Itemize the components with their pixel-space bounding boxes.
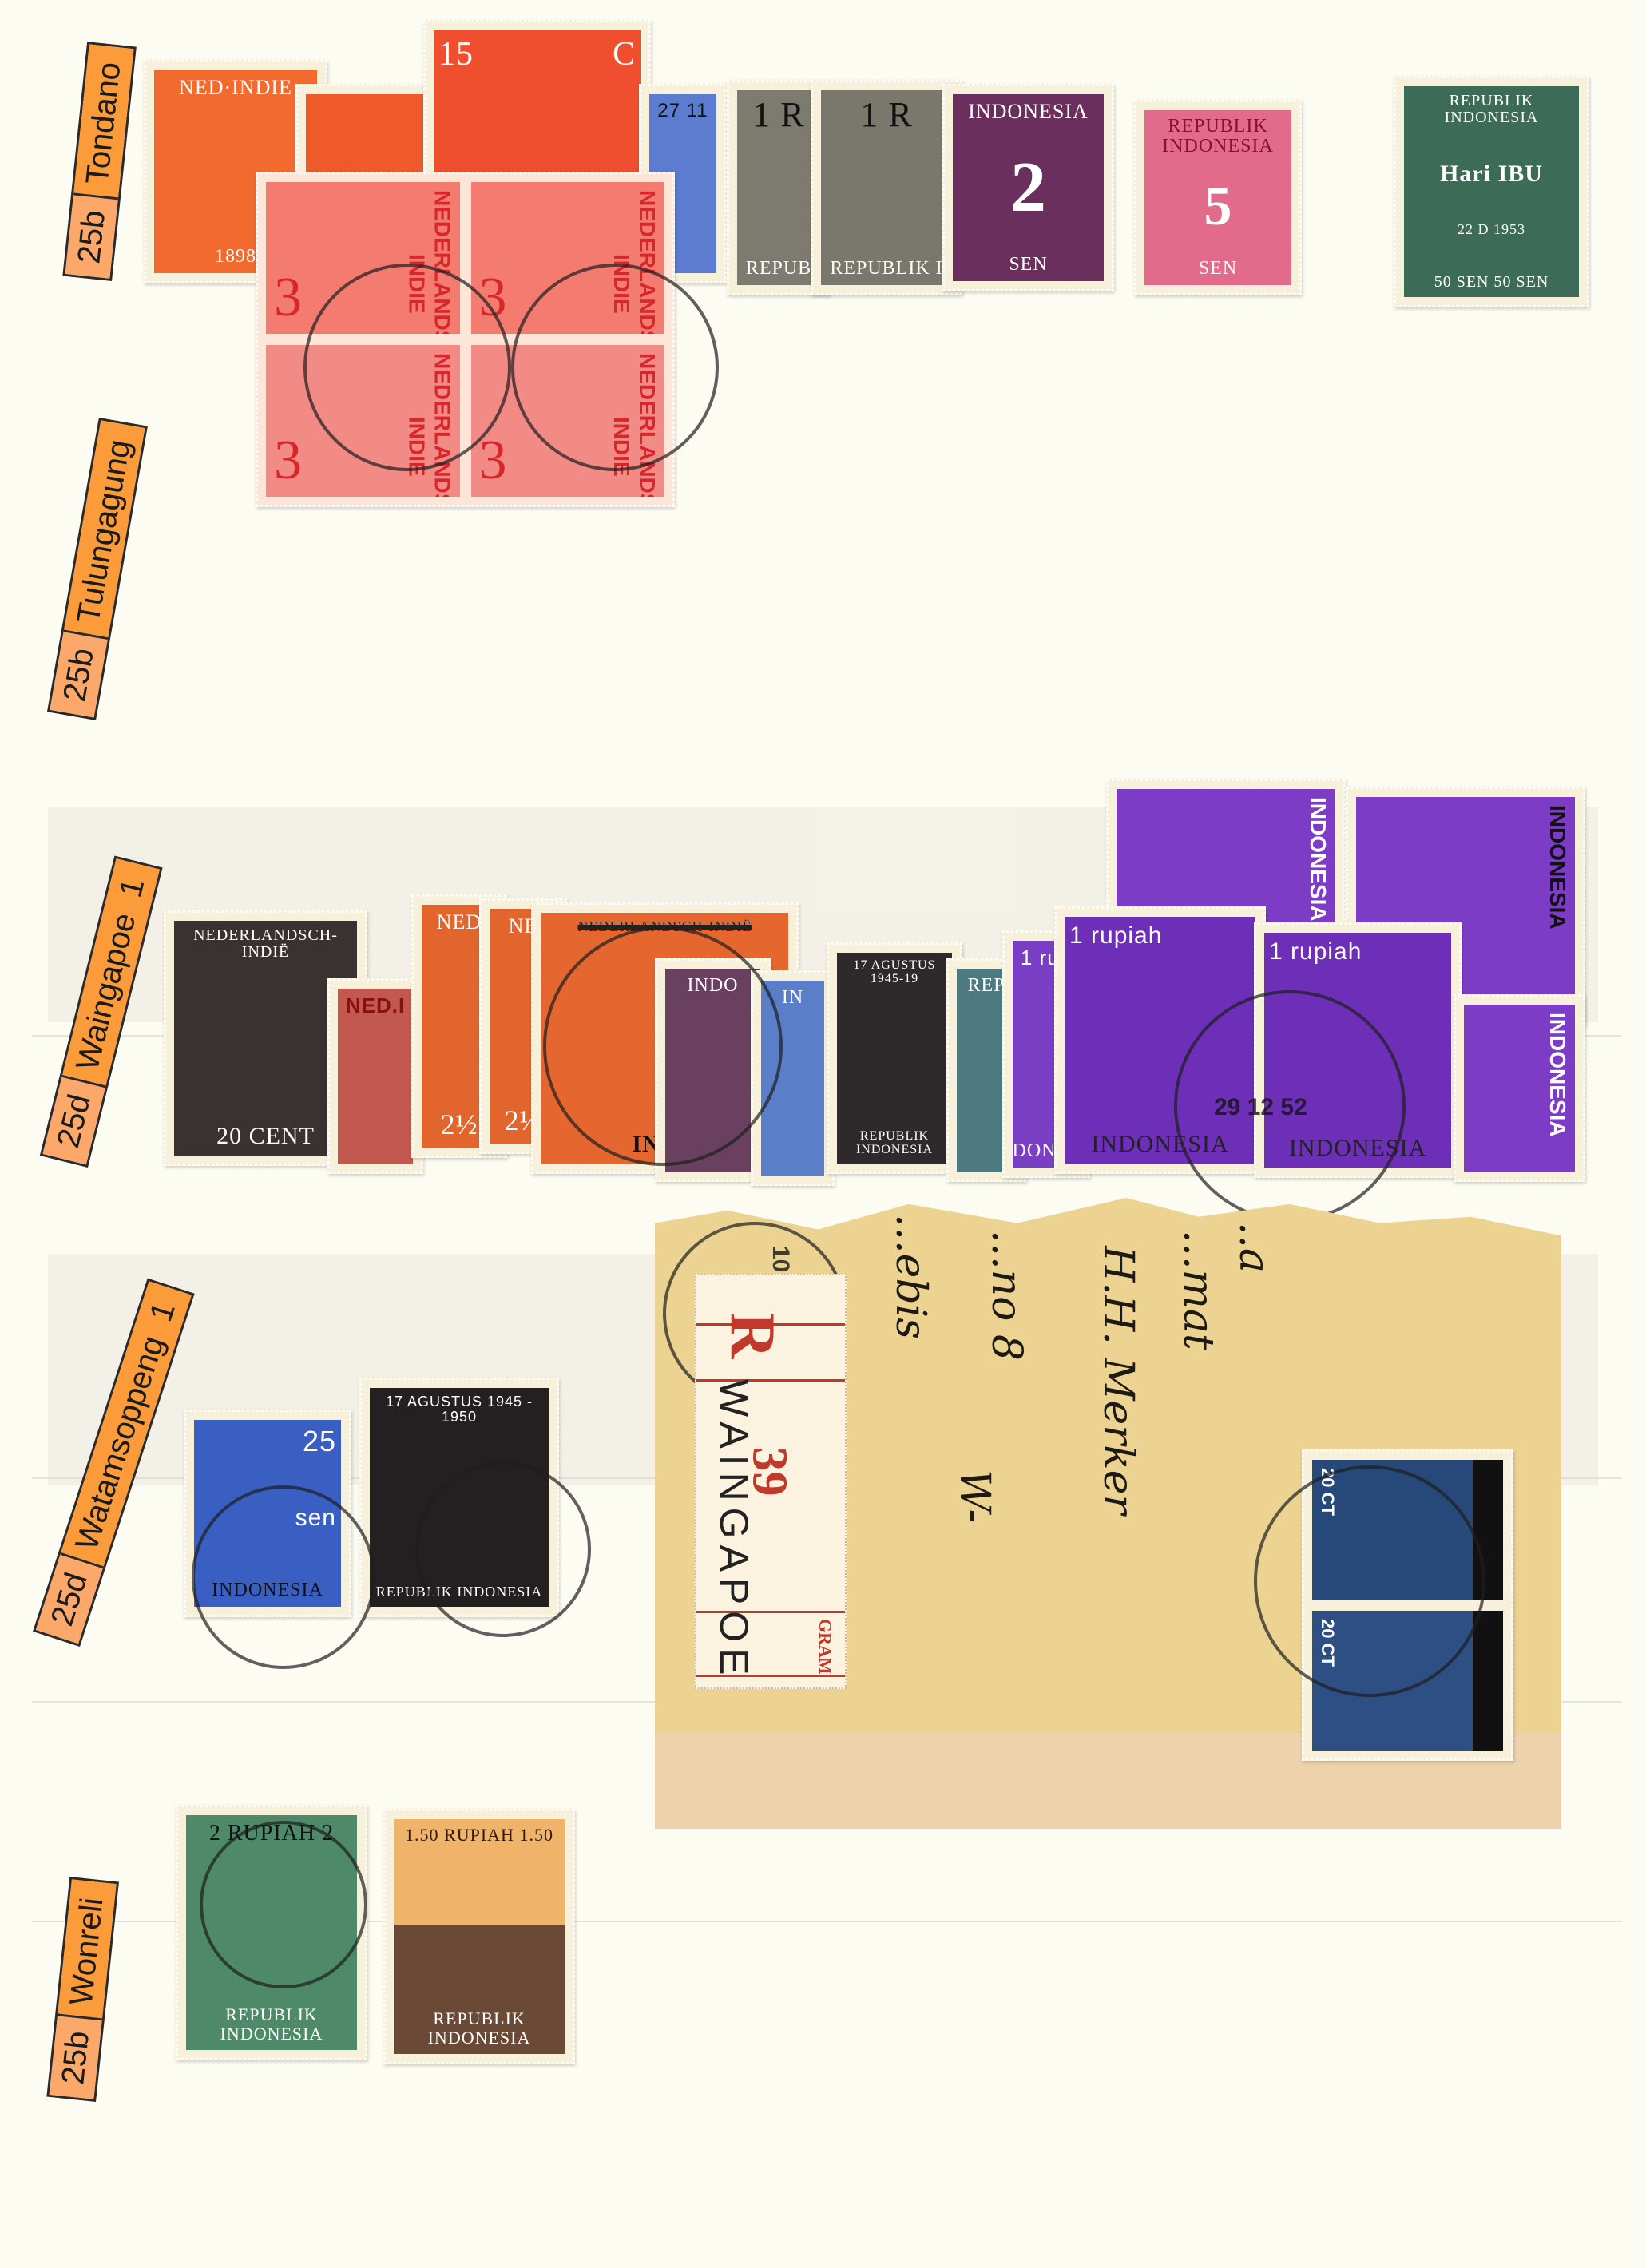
stamp: 17 AGUSTUS 1945 - 1950 REPUBLIK INDONESI… [359,1378,559,1617]
handwriting-line: W- [950,1469,998,1523]
handwriting-line: ...no 8 [982,1230,1030,1361]
label-tondano: 25b Tondano [62,42,137,281]
label-wonreli: 25b Wonreli [46,1877,119,2102]
stamp: 1 rupiahINDONESIA [1054,906,1266,1174]
label-code: 25b [65,193,118,279]
stamp-text: REPUBLIK I [830,258,942,279]
stamp-value: 2 RUPIAH 2 [209,1822,334,1845]
stamp-text: NEDERLANDSCH INDIE [404,190,455,334]
stamp: 15 C [423,20,651,188]
stamp-unit: sen [295,1505,336,1531]
stamp-text: INDONESIA [1545,805,1570,930]
label-code: 25b [50,2014,102,2099]
stamp-text: NEDERLANDSCH-INDIË [179,927,352,961]
overprint-bar [1473,1611,1503,1751]
stamp: REPUBLIK INDONESIA Hari IBU 22 D 1953 50… [1394,76,1589,307]
stamp-overprint: NEDERLANDSCH-INDIË [578,919,752,934]
stamp-pair: 20 CT 20 CT [1302,1449,1513,1761]
label-code: 25b [50,630,108,718]
stamp-text: 1 rupiah [1269,939,1362,965]
stamp-text: NEDERLANDSCH INDIE [404,353,455,497]
label-place: Wonreli [58,1880,116,2019]
stamp-value: 1 R [860,97,912,133]
handwriting-line: ..a [1230,1222,1278,1273]
stamp-text: NED [437,911,482,933]
stamp-text: 17 AGUSTUS 1945-19 [842,959,947,986]
stamp-text: REPUBLIK INDONESIA [1149,117,1287,157]
stamp-text: 27 11 [657,101,708,121]
stamp: REPUBLIK INDONESIA 5 SEN [1134,100,1302,295]
stamp-value: 3 [274,433,302,489]
stamp: NED.I [327,978,423,1174]
overprint-bar [1473,1460,1503,1600]
stamp-value: 3 [479,270,507,326]
stamp-value: 20 CENT [216,1123,315,1149]
stamp-text: 22 D 1953 [1458,222,1525,238]
handwriting-line: ...mat [1174,1230,1222,1350]
handwriting-line: H.H. Merker [1094,1246,1142,1514]
stamp-text: REPUBLIK INDONESIA [191,2005,352,2044]
stamp-text: 1 rupiah [1069,923,1162,949]
stamp-text: INDONESIA [212,1580,323,1600]
stamp-value: 1 R [752,97,804,133]
stamp-text: REPUB [746,258,811,279]
label-code: 25d [42,1075,105,1164]
stamp-text: NEDERLANDSCH INDIE [609,353,660,497]
registration-label: R 39 WAINGAPOE GRAM [695,1274,847,1689]
stamp-text: REPUBLIK INDONESIA [376,1584,543,1600]
stamp-text: NEDERLANDSCH INDIE [609,190,660,334]
stamp-text: NED·INDIE [179,77,292,98]
stamp-block: NEDERLANDSCH INDIE3 NEDERLANDSCH INDIE3 … [256,172,675,507]
stamp-text: REPUBLIK INDONESIA [842,1129,947,1157]
stamp-text: INDONESIA [1289,1135,1426,1161]
stamp: 25 sen INDONESIA [184,1410,351,1617]
stamp-text: 1898 [215,246,256,267]
stamp-text: INDONESIA [1305,797,1331,922]
stamp-text: INDONESIA [1091,1131,1228,1157]
stamp-value: 2 [1010,152,1046,224]
stamp: 2 RUPIAH 2 REPUBLIK INDONESIA [176,1805,367,2060]
stamp-text: INDONESIA [968,101,1089,122]
stamp: 1 R REPUBLIK I [811,80,962,295]
stamp-text: INDONESIA [1545,1013,1570,1137]
registration-letter: R [715,1313,787,1359]
registration-unit: GRAM [815,1619,835,1675]
label-code: 25d [36,1552,104,1644]
stamp: 1.50 RUPIAH 1.50 REPUBLIK INDONESIA [383,1809,575,2064]
stamp-value: 2½ [441,1109,478,1141]
stamp: 17 AGUSTUS 1945-19REPUBLIK INDONESIA [827,942,962,1174]
stamp: 1 rupiahINDONESIA [1254,922,1462,1178]
stamp-value: 5 [1204,179,1232,235]
stamp: INDONESIA [1454,994,1585,1182]
stamp-text: INDO [688,975,739,996]
stamp-value: 25 [303,1426,336,1457]
stamp-value: 20 CT [1317,1619,1338,1667]
stamp-text: NED.I [346,995,405,1017]
stamp-text: REPUBLIK INDONESIA [1409,93,1574,126]
label-place: Tulungagung [64,421,145,638]
handwriting-line: ...ebis [886,1214,934,1339]
stamp-text: IN [782,987,803,1008]
stamp-unit: SEN [1009,254,1047,275]
stamp-title: Hari IBU [1440,161,1543,187]
stamp-unit: C [613,37,636,72]
stamp-text: 17 AGUSTUS 1945 - 1950 [375,1394,544,1425]
stamp-text: REP [967,975,1005,996]
label-tulungagung: 25b Tulungagung [47,418,148,720]
stamp-value: 3 [479,433,507,489]
label-place: Tondano [73,44,133,197]
stamp: INDONESIA 2 SEN [942,84,1114,291]
stamp-unit: SEN [1199,258,1237,279]
stamp-text: REPUBLIK INDONESIA [399,2009,560,2048]
stamp: IN [751,970,835,1186]
stamp-value: 20 CT [1317,1468,1338,1516]
stamp-value: 15 [438,37,474,72]
stamp-value: 1.50 RUPIAH 1.50 [405,1826,553,1844]
registration-town: WAINGAPOE [711,1379,757,1682]
stamp-value: 3 [274,270,302,326]
stamp-value: 50 SEN 50 SEN [1434,273,1549,291]
